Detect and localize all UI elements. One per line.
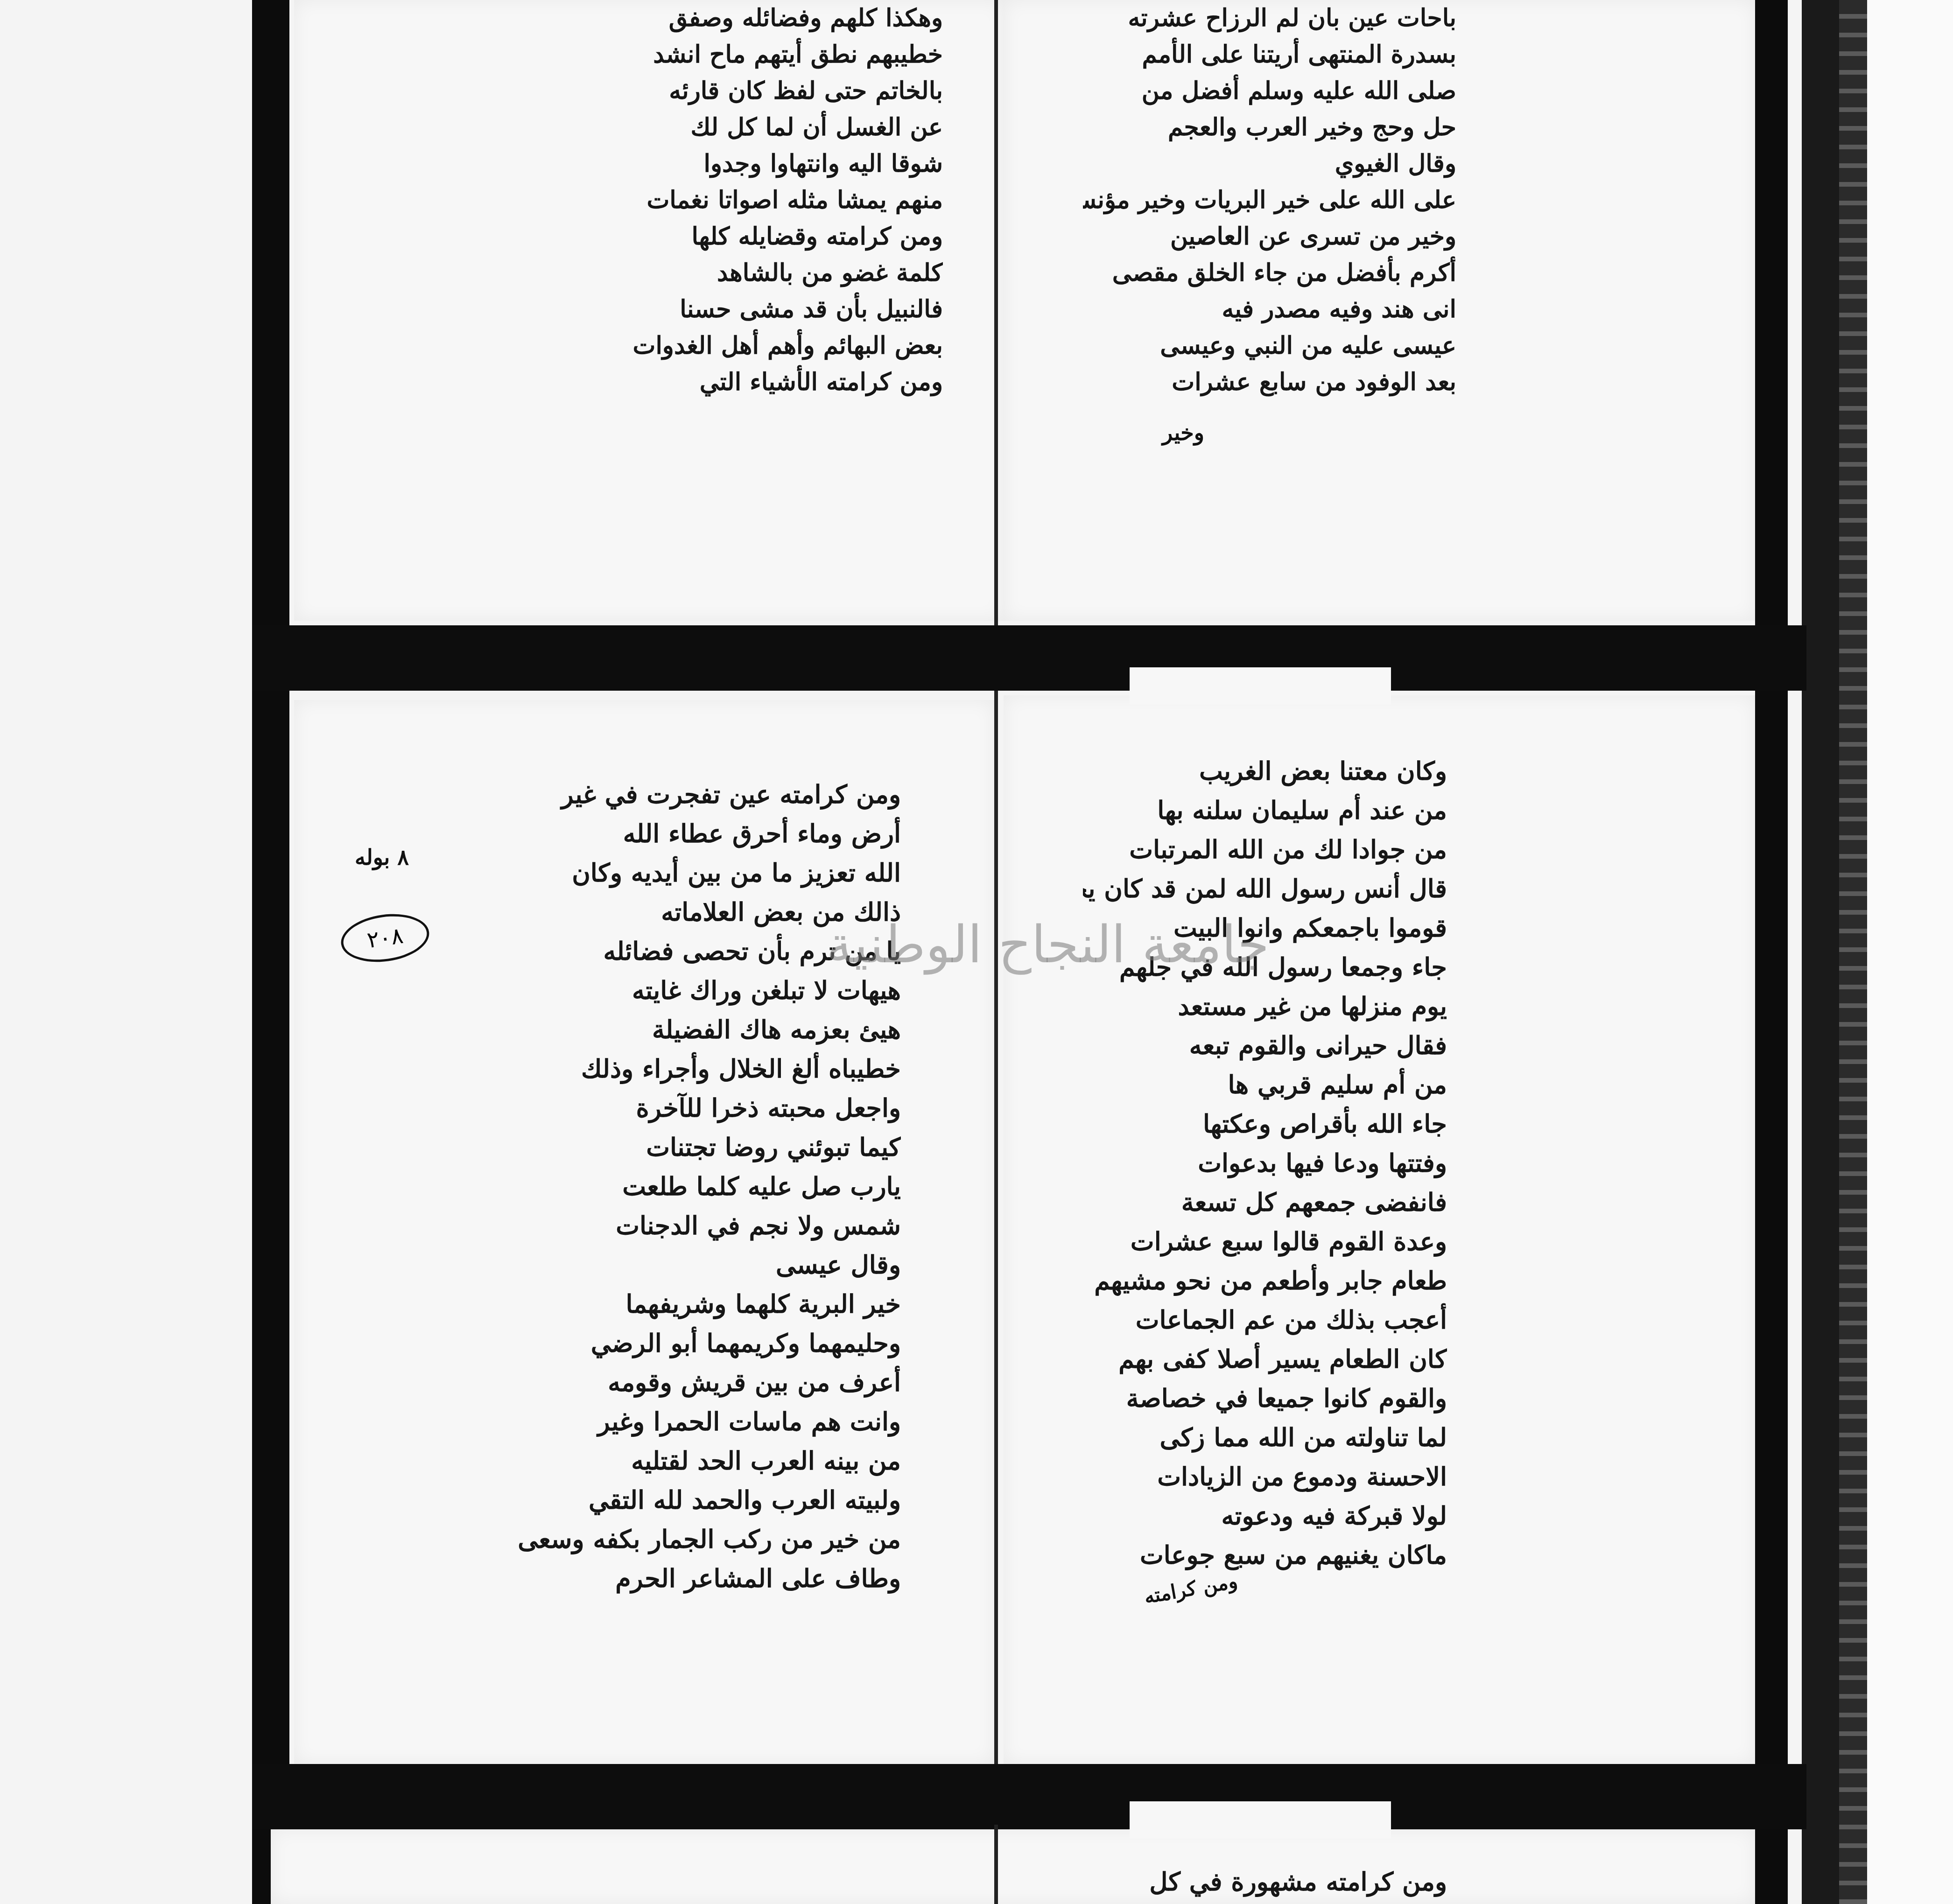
text-line: شوقا اليه وانتهاوا وجدوا (523, 146, 943, 182)
text-line: أعجب بذلك من عم الجماعات (1083, 1300, 1447, 1339)
margin-note: ٨ بوله (355, 845, 409, 870)
text-line: حل وحج وخير العرب والعجم (1083, 109, 1456, 146)
frame-separator (252, 1764, 1806, 1829)
text-line: فانفضى جمعهم كل تسعة (1083, 1183, 1447, 1222)
text-line: أرض وماء أحرق عطاء الله (499, 814, 901, 853)
page-lower (271, 1829, 1755, 1904)
text-line: باحات عين بان لم الرزاح عشرته (1083, 0, 1456, 36)
text-line: وعدة القوم قالوا سبع عشرات (1083, 1222, 1447, 1261)
microfilm-scan: وهكذا كلهم وفضائله وصفق خطيبهم نطق أيتهم… (0, 0, 1953, 1904)
text-line: من جوادا لك من الله المرتبات (1083, 830, 1447, 869)
text-line: لولا قبركة فيه ودعوته (1083, 1496, 1447, 1535)
text-line: وهكذا كلهم وفضائله وصفق (523, 0, 943, 36)
text-line: وفتتها ودعا فيها بدعوات (1083, 1143, 1447, 1183)
text-line: كلمة غضو من بالشاهد (523, 255, 943, 291)
text-line: ماكان يغنيهم من سبع جوعات (1083, 1535, 1447, 1575)
text-line: صلى الله عليه وسلم أفضل من (1083, 73, 1456, 109)
text-line: أكرم بأفضل من جاء الخلق مقصى (1083, 255, 1456, 291)
text-line: جاء الله بأقراص وعكتها (1083, 1104, 1447, 1143)
text-line: أعرف من بين قريش وقومه (499, 1363, 901, 1402)
frame-separator (252, 625, 1806, 691)
gutter-line (994, 691, 998, 1764)
text-line: يارب صل عليه كلما طلعت (499, 1167, 901, 1206)
text-line: بسدرة المنتهى أريتنا على الأمم (1083, 36, 1456, 73)
text-line: هيئ بعزمه هاك الفضيلة (499, 1010, 901, 1049)
film-sprocket-edge (1839, 0, 1867, 1904)
text-line: على الله على خير البريات وخير مؤنس (1083, 182, 1456, 218)
text-line: كان الطعام يسير أصلا كفى بهم (1083, 1339, 1447, 1379)
film-rail-right-outer (1802, 0, 1839, 1904)
text-upper-left: وهكذا كلهم وفضائله وصفق خطيبهم نطق أيتهم… (523, 0, 943, 400)
text-middle-right: وكان معتنا بعض الغريب من عند أم سليمان س… (1083, 751, 1447, 1575)
text-line: فالنبيل بأن قد مشى حسنا (523, 291, 943, 328)
text-line: عن الغسل أن لما كل لك (523, 109, 943, 146)
text-line: بعض البهائم وأهم أهل الغدوات (523, 328, 943, 364)
text-line: الله تعزيز ما من بين أيديه وكان (499, 853, 901, 892)
text-line: ولبيته العرب والحمد لله التقي (499, 1480, 901, 1519)
page-tab (1130, 1801, 1391, 1839)
text-line: طعام جابر وأطعم من نحو مشيهم (1083, 1261, 1447, 1300)
page-tab (1130, 667, 1391, 705)
film-rail-right-inner (1755, 0, 1788, 1904)
text-line: واجعل محبته ذخرا للآخرة (499, 1088, 901, 1127)
text-line: وكان معتنا بعض الغريب (1083, 751, 1447, 791)
text-line: يوم منزلها من غير مستعد (1083, 987, 1447, 1026)
text-line: قال أنس رسول الله لمن قد كان يحضره (1083, 869, 1447, 908)
text-line: وحليمهما وكريمهما أبو الرضي (499, 1323, 901, 1363)
text-line: منهم يمشا مثله اصواتا نغمات (523, 182, 943, 218)
text-line: وانت هم ماسات الحمرا وغير (499, 1402, 901, 1441)
text-line: شمس ولا نجم في الدجنات (499, 1206, 901, 1245)
text-middle-left: ومن كرامته عين تفجرت في غير أرض وماء أحر… (499, 775, 901, 1598)
text-lower-right: ومن كرامته مشهورة في كل (1083, 1862, 1447, 1901)
footer-note: وخير (1162, 420, 1204, 445)
text-line: كيما تبوئني روضا تجتنات (499, 1127, 901, 1167)
text-line: ومن كرامته الأشياء التي (523, 364, 943, 400)
text-line: ومن كرامته عين تفجرت في غير (499, 775, 901, 814)
text-line: من بينه العرب الحد لقتليه (499, 1441, 901, 1480)
text-line: لما تناولته من الله مما زكى (1083, 1418, 1447, 1457)
text-line: ومن كرامته وقضايله كلها (523, 218, 943, 255)
text-line: بالخاتم حتى لفظ كان قارئه (523, 73, 943, 109)
gutter-line (994, 0, 998, 625)
text-line: بعد الوفود من سابع عشرات (1083, 364, 1456, 400)
text-line: خطيبهم نطق أيتهم ماح انشد (523, 36, 943, 73)
text-upper-right: باحات عين بان لم الرزاح عشرته بسدرة المن… (1083, 0, 1456, 400)
text-line: خطيباه ألغ الخلال وأجراء وذلك (499, 1049, 901, 1088)
film-margin (1867, 0, 1953, 1904)
text-line: من أم سليم قربي ها (1083, 1065, 1447, 1104)
text-line: والقوم كانوا جميعا في خصاصة (1083, 1379, 1447, 1418)
gutter-line (994, 1825, 998, 1904)
text-line: من عند أم سليمان سلنه بها (1083, 791, 1447, 830)
text-line: من خير من ركب الجمار بكفه وسعى (499, 1519, 901, 1559)
text-line: عيسى عليه من النبي وعيسى (1083, 328, 1456, 364)
text-line: وقال عيسى (499, 1245, 901, 1284)
text-line: وخير من تسرى عن العاصين (1083, 218, 1456, 255)
film-rail-left (252, 0, 289, 1904)
text-line: ومن كرامته مشهورة في كل (1083, 1862, 1447, 1901)
text-line: الاحسنة ودموع من الزيادات (1083, 1457, 1447, 1496)
text-line: انى هند وفيه مصدر فيه (1083, 291, 1456, 328)
text-line: فقال حيرانى والقوم تبعه (1083, 1026, 1447, 1065)
text-line: وطاف على المشاعر الحرم (499, 1559, 901, 1598)
text-line: هيهات لا تبلغن وراك غايته (499, 971, 901, 1010)
text-line: خير البرية كلهما وشريفهما (499, 1284, 901, 1323)
watermark: جامعة النجاح الوطنية (826, 915, 1269, 974)
text-line: وقال الغيوي (1083, 146, 1456, 182)
